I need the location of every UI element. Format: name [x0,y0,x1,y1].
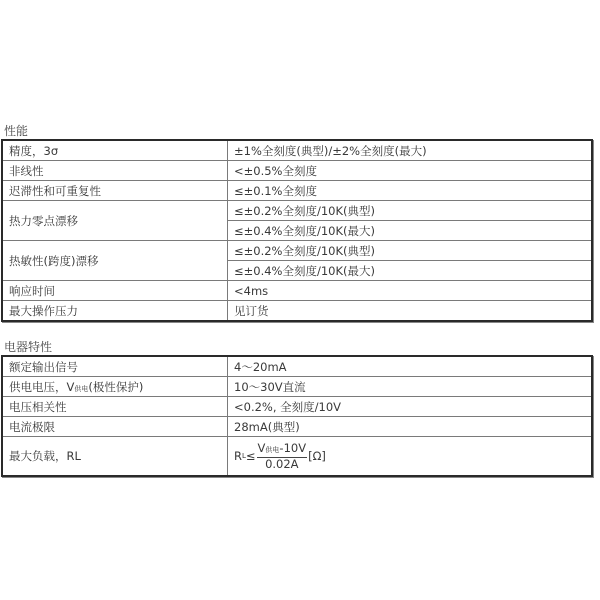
row-value: ≤±0.2%全刻度/10K(典型) [228,241,593,261]
formula-operator: ≤ [246,449,256,463]
row-label: 非线性 [2,161,228,181]
row-value: ≤±0.2%全刻度/10K(典型) [228,201,593,221]
formula-unit: [Ω] [308,449,326,463]
row-label: 迟滞性和可重复性 [2,181,228,201]
row-label: 最大操作压力 [2,301,228,322]
row-value-formula: RL≤ V供电-10V 0.02A [Ω] [228,437,593,477]
row-value: ≤±0.4%全刻度/10K(最大) [228,221,593,241]
row-label: 热敏性(跨度)漂移 [2,241,228,281]
load-formula: RL≤ V供电-10V 0.02A [Ω] [234,442,326,471]
row-label: 最大负载，RL [2,437,228,477]
label-subscript: 供电 [74,385,88,393]
table-row: 响应时间 <4ms [2,281,592,301]
row-label: 电流极限 [2,417,228,437]
row-value: <±0.5%全刻度 [228,161,593,181]
label-tail: (极性保护) [88,380,143,394]
table-row: 热敏性(跨度)漂移 ≤±0.2%全刻度/10K(典型) [2,241,592,261]
formula-numerator: V供电-10V [257,442,308,458]
row-value: ±1%全刻度(典型)/±2%全刻度(最大) [228,140,593,161]
formula-fraction: V供电-10V 0.02A [257,442,308,471]
row-label: 供电电压，V供电(极性保护) [2,377,228,397]
table-row: 非线性 <±0.5%全刻度 [2,161,592,181]
row-value: 4～20mA [228,356,593,377]
row-label: 热力零点漂移 [2,201,228,241]
row-label: 响应时间 [2,281,228,301]
electrical-table: 额定输出信号 4～20mA 供电电压，V供电(极性保护) 10～30V直流 电压… [1,355,593,477]
formula-denominator: 0.02A [265,458,298,471]
row-value: ≤±0.1%全刻度 [228,181,593,201]
table-row: 额定输出信号 4～20mA [2,356,592,377]
row-value: <0.2%, 全刻度/10V [228,397,593,417]
performance-table: 精度，3σ ±1%全刻度(典型)/±2%全刻度(最大) 非线性 <±0.5%全刻… [1,139,593,322]
row-label: 电压相关性 [2,397,228,417]
numerator-tail: -10V [279,441,306,455]
row-value: 28mA(典型) [228,417,593,437]
table-row: 电流极限 28mA(典型) [2,417,592,437]
row-label: 额定输出信号 [2,356,228,377]
section-title-electrical: 电器特性 [4,338,52,355]
numerator-subscript: 供电 [265,446,279,454]
table-row: 精度，3σ ±1%全刻度(典型)/±2%全刻度(最大) [2,140,592,161]
table-row: 最大负载，RL RL≤ V供电-10V 0.02A [Ω] [2,437,592,477]
formula-lhs: R [234,449,242,463]
table-row: 供电电压，V供电(极性保护) 10～30V直流 [2,377,592,397]
row-value: ≤±0.4%全刻度/10K(最大) [228,261,593,281]
table-row: 最大操作压力 见订货 [2,301,592,322]
row-value: 10～30V直流 [228,377,593,397]
row-value: 见订货 [228,301,593,322]
table-row: 热力零点漂移 ≤±0.2%全刻度/10K(典型) [2,201,592,221]
row-value: <4ms [228,281,593,301]
table-row: 迟滞性和可重复性 ≤±0.1%全刻度 [2,181,592,201]
table-row: 电压相关性 <0.2%, 全刻度/10V [2,397,592,417]
section-title-performance: 性能 [4,122,28,139]
row-label: 精度，3σ [2,140,228,161]
label-main: 供电电压，V [9,380,74,394]
